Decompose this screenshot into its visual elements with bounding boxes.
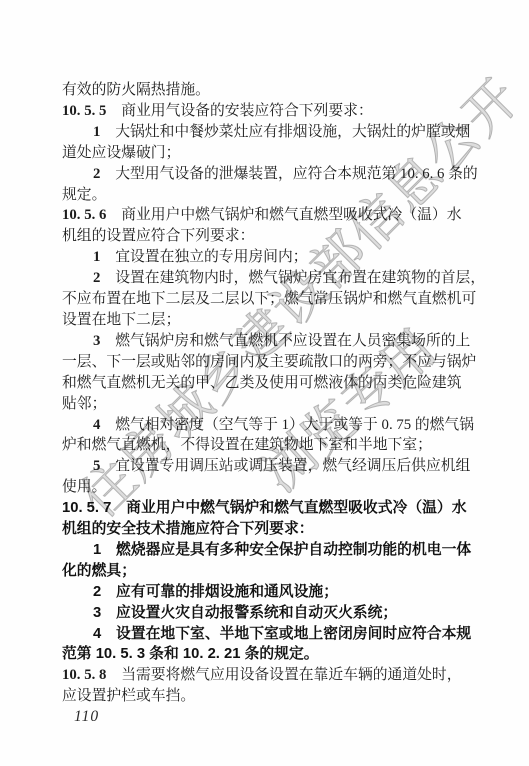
text-line: 1 宜设置在独立的专用房间内； bbox=[62, 247, 472, 268]
text-line: 不应布置在地下二层及二层以下；燃气常压锅炉和燃气直燃机可 bbox=[62, 289, 472, 310]
text-segment-bold: 设置在地下室、半地下室或地上密闭房间时应符合本规 bbox=[101, 626, 471, 642]
text-segment-bold: 商业用户中燃气锅炉和燃气直燃型吸收式冷（温）水 bbox=[111, 500, 466, 516]
text-line: 1 燃烧器应是具有多种安全保护自动控制功能的机电一体 bbox=[62, 540, 472, 561]
text-segment: 使用。 bbox=[62, 479, 106, 495]
text-segment-bold: 应设置火灾自动报警系统和自动灭火系统； bbox=[101, 605, 397, 621]
text-segment: 燃气锅炉房和燃气直燃机不应设置在人员密集场所的上 bbox=[100, 333, 470, 349]
text-line: 2 设置在建筑物内时，燃气锅炉房宜布置在建筑物的首层， bbox=[62, 268, 472, 289]
text-segment: 规定。 bbox=[62, 187, 106, 203]
text-segment: 机组的设置应符合下列要求： bbox=[62, 228, 254, 244]
body-text: 有效的防火隔热措施。10. 5. 5 商业用气设备的安装应符合下列要求：1 大锅… bbox=[62, 80, 472, 707]
text-line: 机组的安全技术措施应符合下列要求： bbox=[62, 519, 472, 540]
text-line: 规定。 bbox=[62, 185, 472, 206]
text-segment-bold: 范第 10. 5. 3 条和 10. 2. 21 条的规定。 bbox=[62, 646, 319, 662]
text-segment-bold: 10. 5. 6 bbox=[62, 207, 106, 223]
text-line: 4 燃气相对密度（空气等于 1）大于或等于 0. 75 的燃气锅 bbox=[62, 415, 472, 436]
text-segment-bold: 3 bbox=[93, 605, 101, 621]
text-segment-bold: 1 bbox=[93, 542, 101, 558]
text-segment: 不应布置在地下二层及二层以下；燃气常压锅炉和燃气直燃机可 bbox=[62, 291, 476, 307]
text-line: 范第 10. 5. 3 条和 10. 2. 21 条的规定。 bbox=[62, 644, 472, 665]
text-segment-bold: 10. 5. 7 bbox=[62, 500, 111, 516]
text-line: 4 设置在地下室、半地下室或地上密闭房间时应符合本规 bbox=[62, 624, 472, 645]
page-number: 110 bbox=[74, 708, 99, 726]
text-segment: 宜设置在独立的专用房间内； bbox=[100, 249, 307, 265]
text-line: 应设置护栏或车挡。 bbox=[62, 686, 472, 707]
text-line: 10. 5. 7 商业用户中燃气锅炉和燃气直燃型吸收式冷（温）水 bbox=[62, 498, 472, 519]
text-line: 使用。 bbox=[62, 477, 472, 498]
text-line: 化的燃具； bbox=[62, 561, 472, 582]
text-line: 3 应设置火灾自动报警系统和自动灭火系统； bbox=[62, 603, 472, 624]
text-segment-bold: 机组的安全技术措施应符合下列要求： bbox=[62, 521, 314, 537]
text-line: 道处应设爆破门； bbox=[62, 143, 472, 164]
text-segment: 贴邻； bbox=[62, 396, 106, 412]
text-line: 10. 5. 5 商业用气设备的安装应符合下列要求： bbox=[62, 101, 472, 122]
text-segment: 一层、下一层或贴邻的房间内及主要疏散口的两旁；不应与锅炉 bbox=[62, 354, 476, 370]
text-segment: 宜设置专用调压站或调压装置，燃气经调压后供应机组 bbox=[100, 458, 470, 474]
text-segment: 商业用气设备的安装应符合下列要求： bbox=[106, 103, 372, 119]
text-segment: 炉和燃气直燃机，不得设置在建筑物地下室和半地下室； bbox=[62, 437, 432, 453]
text-segment: 和燃气直燃机无关的甲、乙类及使用可燃液体的丙类危险建筑 bbox=[62, 375, 462, 391]
text-segment: 设置在建筑物内时，燃气锅炉房宜布置在建筑物的首层， bbox=[100, 270, 485, 286]
text-segment-bold: 10. 5. 5 bbox=[62, 103, 106, 119]
text-line: 1 大锅灶和中餐炒菜灶应有排烟设施，大锅灶的炉膛或烟 bbox=[62, 122, 472, 143]
text-segment: 道处应设爆破门； bbox=[62, 145, 180, 161]
text-segment: 商业用户中燃气锅炉和燃气直燃型吸收式冷（温）水 bbox=[106, 207, 461, 223]
document-page: 住房城乡建设部信息公开 浏览专用 有效的防火隔热措施。10. 5. 5 商业用气… bbox=[0, 0, 529, 766]
text-segment-bold: 2 bbox=[93, 584, 101, 600]
text-line: 设置在地下二层； bbox=[62, 310, 472, 331]
text-line: 3 燃气锅炉房和燃气直燃机不应设置在人员密集场所的上 bbox=[62, 331, 472, 352]
text-line: 5 宜设置专用调压站或调压装置，燃气经调压后供应机组 bbox=[62, 456, 472, 477]
text-segment: 大型用气设备的泄爆装置，应符合本规范第 10. 6. 6 条的 bbox=[100, 166, 477, 182]
text-segment-bold: 应有可靠的排烟设施和通风设施； bbox=[101, 584, 338, 600]
text-line: 一层、下一层或贴邻的房间内及主要疏散口的两旁；不应与锅炉 bbox=[62, 352, 472, 373]
text-line: 2 大型用气设备的泄爆装置，应符合本规范第 10. 6. 6 条的 bbox=[62, 164, 472, 185]
text-line: 机组的设置应符合下列要求： bbox=[62, 226, 472, 247]
text-segment: 应设置护栏或车挡。 bbox=[62, 688, 195, 704]
text-segment: 当需要将燃气应用设备设置在靠近车辆的通道处时， bbox=[106, 667, 461, 683]
text-line: 有效的防火隔热措施。 bbox=[62, 80, 472, 101]
text-segment: 大锅灶和中餐炒菜灶应有排烟设施，大锅灶的炉膛或烟 bbox=[100, 124, 470, 140]
text-segment: 设置在地下二层； bbox=[62, 312, 180, 328]
text-line: 10. 5. 6 商业用户中燃气锅炉和燃气直燃型吸收式冷（温）水 bbox=[62, 205, 472, 226]
text-segment-bold: 燃烧器应是具有多种安全保护自动控制功能的机电一体 bbox=[101, 542, 471, 558]
text-line: 炉和燃气直燃机，不得设置在建筑物地下室和半地下室； bbox=[62, 435, 472, 456]
text-line: 10. 5. 8 当需要将燃气应用设备设置在靠近车辆的通道处时， bbox=[62, 665, 472, 686]
text-segment: 燃气相对密度（空气等于 1）大于或等于 0. 75 的燃气锅 bbox=[100, 417, 474, 433]
text-line: 2 应有可靠的排烟设施和通风设施； bbox=[62, 582, 472, 603]
text-segment-bold: 化的燃具； bbox=[62, 563, 136, 579]
text-line: 贴邻； bbox=[62, 394, 472, 415]
text-segment-bold: 4 bbox=[93, 626, 101, 642]
text-line: 和燃气直燃机无关的甲、乙类及使用可燃液体的丙类危险建筑 bbox=[62, 373, 472, 394]
text-segment-bold: 10. 5. 8 bbox=[62, 667, 106, 683]
text-segment: 有效的防火隔热措施。 bbox=[62, 82, 210, 98]
